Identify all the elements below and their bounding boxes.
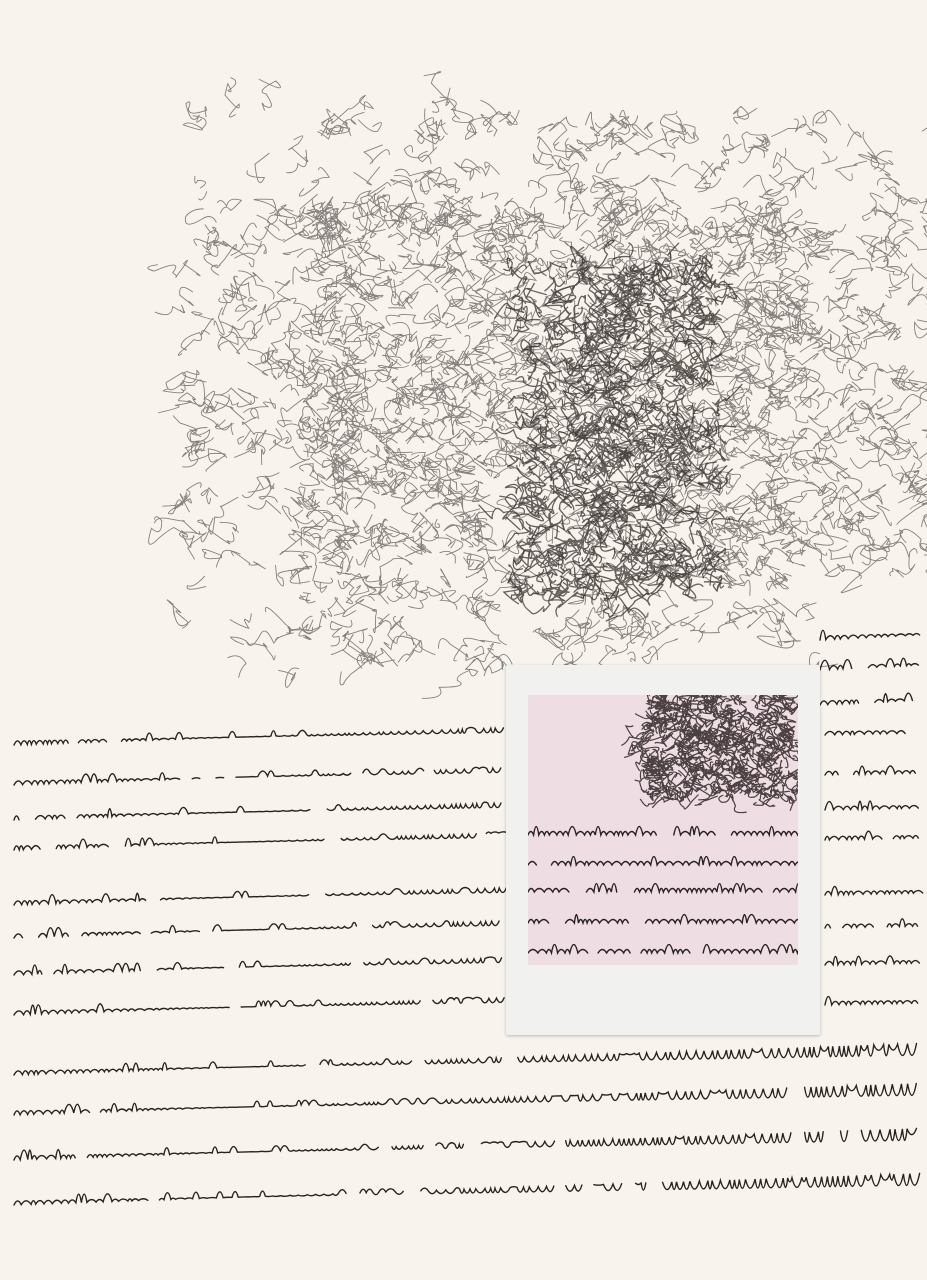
polaroid-caption <box>506 977 820 1035</box>
asemic-handwriting-lines <box>0 0 927 1280</box>
polaroid-photo <box>506 665 820 1035</box>
photo-scribbles <box>528 695 798 965</box>
polaroid-image <box>528 695 798 965</box>
